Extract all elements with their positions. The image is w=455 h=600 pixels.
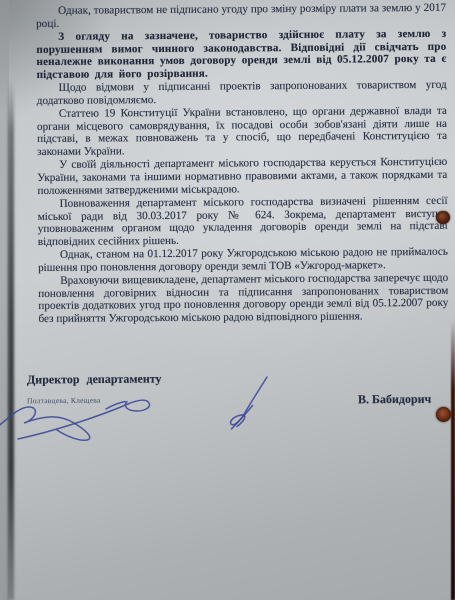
paragraph: Повноваження департамент міського господ… <box>38 194 448 249</box>
binder-edge <box>451 320 455 600</box>
page-left-fold-shadow <box>8 80 14 600</box>
executors-note: Полтавцева, Клещева <box>27 396 101 406</box>
paragraph: Однак, товариством не підписано угоду пр… <box>36 2 446 31</box>
paragraph: Щодо відмови у підписанні проектів запро… <box>37 79 447 108</box>
hole-punch-bottom <box>436 407 451 422</box>
hole-punch-top <box>436 211 450 224</box>
paragraph: Однак, станом на 01.12.2017 року Ужгород… <box>38 246 448 275</box>
letter-body: Однак, товариством не підписано угоду пр… <box>36 2 449 326</box>
paragraph-emphasized: З огляду на зазначене, товариство здійсн… <box>36 27 446 82</box>
signature-middle-ink <box>231 377 267 429</box>
signature-left-ink <box>0 400 150 440</box>
document-page: Однак, товариством не підписано угоду пр… <box>0 0 455 600</box>
paragraph: Враховуючи вищевикладене, департамент мі… <box>38 271 448 326</box>
signer-title: Директор департаменту <box>27 371 162 387</box>
paragraph: У своїй діяльності департамент міського … <box>37 156 447 198</box>
signer-name: В. Бабидорич <box>358 392 431 408</box>
paragraph: Статтею 19 Конституції України встановле… <box>37 105 447 160</box>
